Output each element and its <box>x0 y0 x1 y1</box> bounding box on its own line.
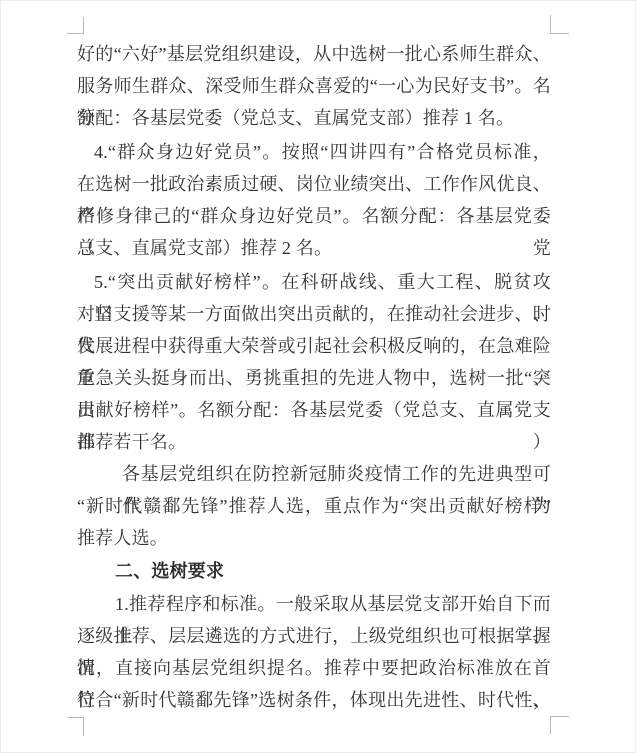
document-line: 分配：各基层党委（党总支、直属党支部）推荐 1 名。 <box>77 102 551 134</box>
margin-mark-top-right-icon <box>550 15 569 34</box>
document-body: 好的“六好”基层党组织建设，从中选树一批心系师生群众、服务师生群众、深受师生群众… <box>77 38 551 716</box>
document-line: 贡献好榜样”。名额分配：各基层党委（党总支、直属党支部） <box>77 394 551 426</box>
margin-mark-top-left-icon <box>67 17 84 34</box>
document-line: 服务师生群众、深受师生群众喜爱的“一心为民好支书”。名额 <box>77 70 551 102</box>
document-line: 况，直接向基层党组织提名。推荐中要把政治标准放在首位， <box>77 652 551 684</box>
document-line: 逐级推荐、层层遴选的方式进行，上级党组织也可根据掌握情 <box>77 620 551 652</box>
document-line: 在选树一批政治素质过硬、岗位业绩突出、工作作风优良、严 <box>77 168 551 200</box>
document-line: 格修身律己的“群众身边好党员”。名额分配：各基层党委（党 <box>77 200 551 232</box>
document-line: 发展进程中获得重大荣誉或引起社会积极反响的，在急难险重、 <box>77 330 551 362</box>
document-line: 5.“突出贡献好榜样”。在科研战线、重大工程、脱贫攻坚、 <box>77 266 551 298</box>
document-line: 危急关头挺身而出、勇挑重担的先进人物中，选树一批“突出 <box>77 362 551 394</box>
margin-mark-bottom-right-icon <box>550 716 569 734</box>
document-line: 好的“六好”基层党组织建设，从中选树一批心系师生群众、 <box>77 38 551 70</box>
document-line: 二、选树要求 <box>77 555 551 587</box>
document-line: 1.推荐程序和标准。一般采取从基层党支部开始自下而上、 <box>77 588 551 620</box>
document-line: 各基层党组织在防控新冠肺炎疫情工作的先进典型可作为 <box>77 458 551 490</box>
margin-mark-bottom-left-icon <box>67 717 84 736</box>
document-line: 4.“群众身边好党员”。按照“四讲四有”合格党员标准， <box>77 136 551 168</box>
document-line: 对口支援等某一方面做出突出贡献的，在推动社会进步、时代 <box>77 298 551 330</box>
document-page: 好的“六好”基层党组织建设，从中选树一批心系师生群众、服务师生群众、深受师生群众… <box>0 0 636 753</box>
document-line: 符合“新时代赣鄱先锋”选树条件，体现出先进性、时代性、 <box>77 684 551 716</box>
document-line: “新时代赣鄱先锋”推荐人选，重点作为“突出贡献好榜样” <box>77 490 551 522</box>
document-line: 推荐人选。 <box>77 522 551 554</box>
